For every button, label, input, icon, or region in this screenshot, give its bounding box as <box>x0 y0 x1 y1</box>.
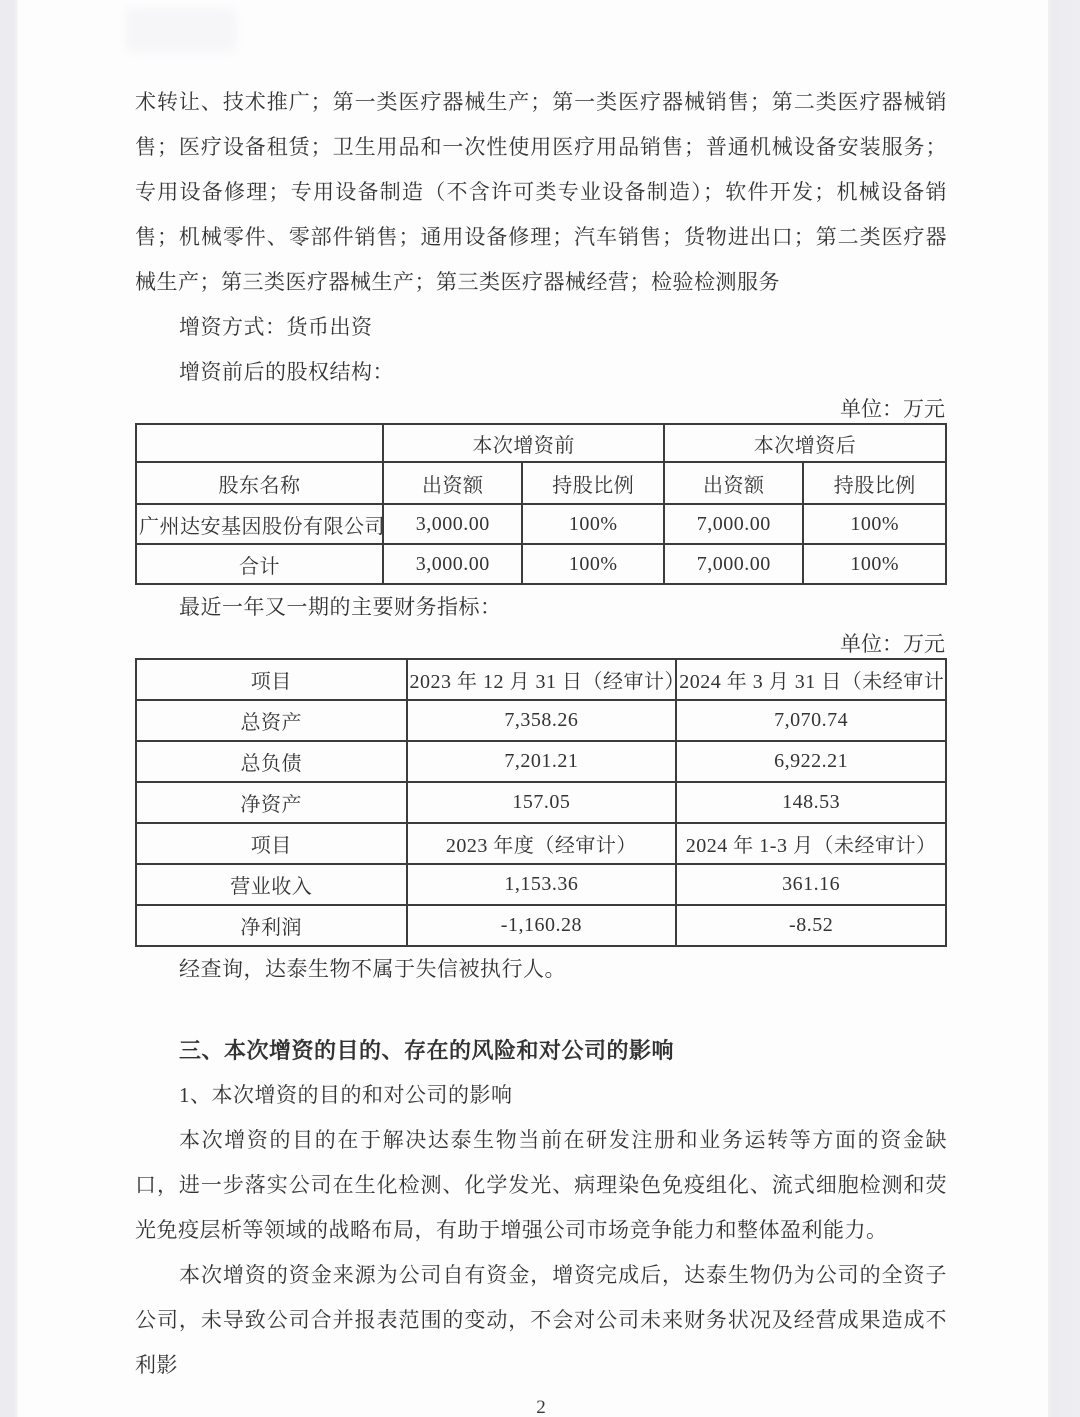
table-cell: 出资额 <box>383 462 522 504</box>
equity-structure-line: 增资前后的股权结构： <box>135 350 947 395</box>
purpose-paragraph: 本次增资的目的在于解决达泰生物当前在研发注册和业务运转等方面的资金缺口，进一步落… <box>135 1118 947 1253</box>
document-page: 术转让、技术推广；第一类医疗器械生产；第一类医疗器械销售；第二类医疗器械销售；医… <box>18 0 1048 1417</box>
equity-structure-table: 本次增资前 本次增资后 股东名称 出资额 持股比例 出资额 持股比例 广州达安基… <box>135 423 947 585</box>
table-row: 项目 2023 年度（经审计） 2024 年 1-3 月（未经审计） <box>136 823 946 864</box>
table-cell <box>136 424 383 462</box>
table-cell: 2024 年 3 月 31 日（未经审计） <box>676 659 946 700</box>
intro-paragraph: 术转让、技术推广；第一类医疗器械生产；第一类医疗器械销售；第二类医疗器械销售；医… <box>135 80 947 305</box>
section-heading: 三、本次增资的目的、存在的风险和对公司的影响 <box>135 1028 947 1073</box>
table-cell: 157.05 <box>407 782 677 823</box>
table-cell: 1,153.36 <box>407 864 677 905</box>
table-row: 营业收入 1,153.36 361.16 <box>136 864 946 905</box>
subsection-heading: 1、本次增资的目的和对公司的影响 <box>135 1073 947 1118</box>
table-cell: 股东名称 <box>136 462 383 504</box>
table-cell: -8.52 <box>676 905 946 946</box>
table-cell: 合计 <box>136 544 383 584</box>
table-row: 总资产 7,358.26 7,070.74 <box>136 700 946 741</box>
unit-label: 单位：万元 <box>135 630 947 658</box>
table-row: 净资产 157.05 148.53 <box>136 782 946 823</box>
table-cell: 项目 <box>136 823 407 864</box>
document-viewport: 术转让、技术推广；第一类医疗器械生产；第一类医疗器械销售；第二类医疗器械销售；医… <box>0 0 1080 1417</box>
table-cell: 361.16 <box>676 864 946 905</box>
table-cell: 本次增资前 <box>383 424 664 462</box>
table-cell: 148.53 <box>676 782 946 823</box>
table-cell: 3,000.00 <box>383 504 522 544</box>
table-cell: 7,358.26 <box>407 700 677 741</box>
table-cell: 总资产 <box>136 700 407 741</box>
table-cell: 本次增资后 <box>664 424 946 462</box>
table-cell: 100% <box>522 544 664 584</box>
table-cell: 持股比例 <box>803 462 946 504</box>
financial-indicators-table: 项目 2023 年 12 月 31 日（经审计） 2024 年 3 月 31 日… <box>135 658 947 947</box>
page-content: 术转让、技术推广；第一类医疗器械生产；第一类医疗器械销售；第二类医疗器械销售；医… <box>135 0 947 1417</box>
table-cell: 出资额 <box>664 462 803 504</box>
credit-check-line: 经查询，达泰生物不属于失信被执行人。 <box>135 947 947 992</box>
table-cell: 净资产 <box>136 782 407 823</box>
table-cell: 7,070.74 <box>676 700 946 741</box>
table-cell: 7,000.00 <box>664 544 803 584</box>
table-row: 股东名称 出资额 持股比例 出资额 持股比例 <box>136 462 946 504</box>
table-cell: 7,201.21 <box>407 741 677 782</box>
table-cell: -1,160.28 <box>407 905 677 946</box>
table-cell: 100% <box>803 544 946 584</box>
table-cell: 6,922.21 <box>676 741 946 782</box>
financial-indicators-line: 最近一年又一期的主要财务指标： <box>135 585 947 630</box>
table-cell: 总负债 <box>136 741 407 782</box>
table-cell: 广州达安基因股份有限公司 <box>136 504 383 544</box>
table-cell: 100% <box>803 504 946 544</box>
table-row: 本次增资前 本次增资后 <box>136 424 946 462</box>
page-number: 2 <box>135 1394 947 1417</box>
table-cell: 2024 年 1-3 月（未经审计） <box>676 823 946 864</box>
table-row: 总负债 7,201.21 6,922.21 <box>136 741 946 782</box>
table-cell: 持股比例 <box>522 462 664 504</box>
table-cell: 2023 年度（经审计） <box>407 823 677 864</box>
table-cell: 营业收入 <box>136 864 407 905</box>
table-row: 净利润 -1,160.28 -8.52 <box>136 905 946 946</box>
table-cell: 项目 <box>136 659 407 700</box>
table-cell: 7,000.00 <box>664 504 803 544</box>
table-row: 项目 2023 年 12 月 31 日（经审计） 2024 年 3 月 31 日… <box>136 659 946 700</box>
table-cell: 100% <box>522 504 664 544</box>
table-cell: 3,000.00 <box>383 544 522 584</box>
unit-label: 单位：万元 <box>135 395 947 423</box>
funding-paragraph: 本次增资的资金来源为公司自有资金，增资完成后，达泰生物仍为公司的全资子公司，未导… <box>135 1253 947 1388</box>
table-cell: 2023 年 12 月 31 日（经审计） <box>407 659 677 700</box>
table-row: 合计 3,000.00 100% 7,000.00 100% <box>136 544 946 584</box>
capital-method-line: 增资方式：货币出资 <box>135 305 947 350</box>
table-cell: 净利润 <box>136 905 407 946</box>
table-row: 广州达安基因股份有限公司 3,000.00 100% 7,000.00 100% <box>136 504 946 544</box>
